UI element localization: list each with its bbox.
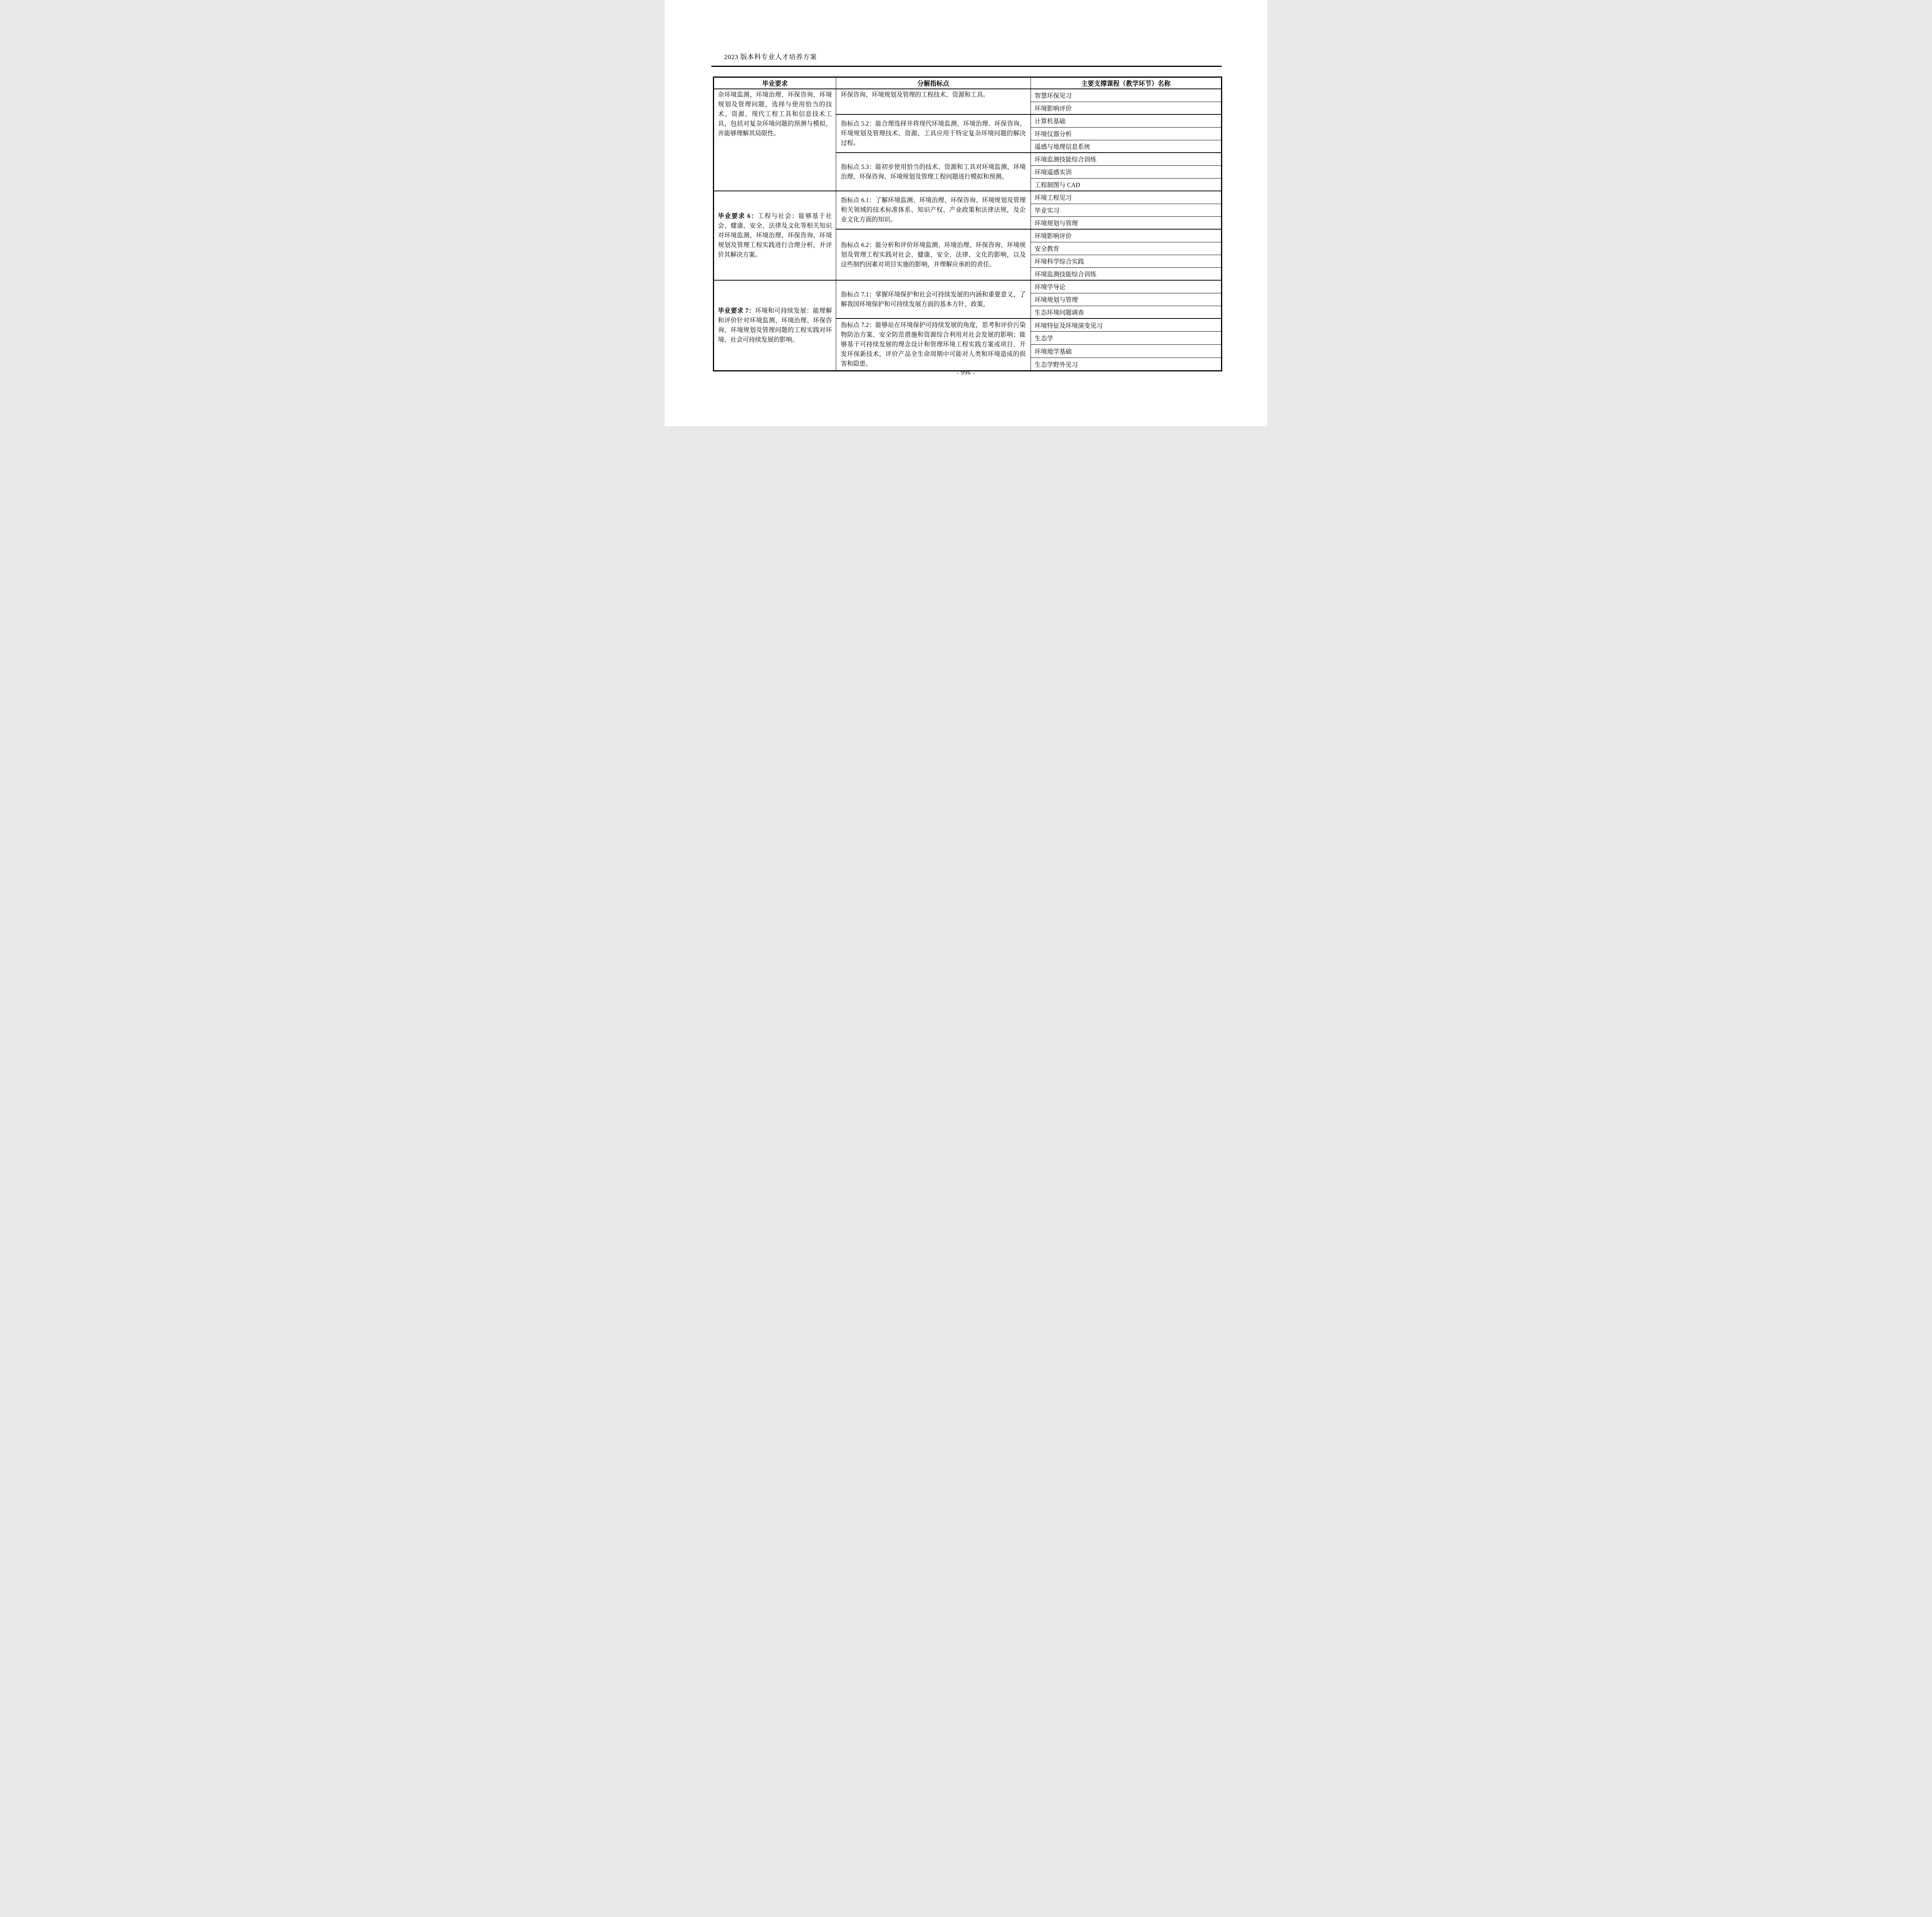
course-cell: 环境地学基础 (1031, 345, 1221, 358)
indicator-cell: 环保咨询、环境规划及管理的工程技术、资源和工具。 (836, 89, 1031, 114)
course-cell: 遥感与地理信息系统 (1031, 140, 1221, 153)
indicator-text: 指标点 7.2：能够站在环境保护可持续发展的角度，思考和评价污染物防治方案、安全… (841, 320, 1026, 369)
indicator-text: 指标点 6.1：了解环境监测、环境治理、环保咨询、环境规划及管理相关领域的技术标… (841, 196, 1026, 225)
indicator-cell: 指标点 5.2：能合理选择并将现代环境监测、环境治理、环保咨询、环境规划及管理技… (836, 114, 1031, 153)
course-cell: 环境规划与管理 (1031, 293, 1221, 306)
course-cell: 生态学野外见习 (1031, 358, 1221, 371)
indicator-cell: 指标点 6.2：能分析和评价环境监测、环境治理、环保咨询、环境规划及管理工程实践… (836, 229, 1031, 280)
course-cell: 环境规划与管理 (1031, 216, 1221, 229)
course-cell: 环境科学综合实践 (1031, 255, 1221, 267)
course-cell: 生态学 (1031, 332, 1221, 345)
course-cell: 计算机基础 (1031, 114, 1221, 127)
course-cell: 环境遥感实训 (1031, 165, 1221, 178)
requirements-table: 毕业要求 分解指标点 主要支撑课程（教学环节）名称 杂环境监测、环境治理、环保咨… (713, 77, 1222, 371)
table-header-row: 毕业要求 分解指标点 主要支撑课程（教学环节）名称 (714, 77, 1222, 89)
page-number: - 996 - (665, 369, 1267, 376)
course-cell: 环境监测技能综合训练 (1031, 267, 1221, 280)
requirement-cell: 毕业要求 6：工程与社会：能够基于社会、健康、安全、法律及文化等相关知识对环境监… (714, 191, 836, 280)
course-cell: 环境特征及环境演变见习 (1031, 318, 1221, 332)
page-title: 2023 版本科专业人才培养方案 (724, 52, 817, 61)
requirement-text: 工程与社会：能够基于社会、健康、安全、法律及文化等相关知识对环境监测、环境治理、… (718, 213, 832, 258)
column-header-courses: 主要支撑课程（教学环节）名称 (1031, 77, 1221, 89)
column-header-requirement: 毕业要求 (714, 77, 836, 89)
indicator-text: 环保咨询、环境规划及管理的工程技术、资源和工具。 (841, 90, 1026, 100)
indicator-cell: 指标点 6.1：了解环境监测、环境治理、环保咨询、环境规划及管理相关领域的技术标… (836, 191, 1031, 229)
indicator-text: 指标点 5.2：能合理选择并将现代环境监测、环境治理、环保咨询、环境规划及管理技… (841, 119, 1026, 148)
column-header-indicator: 分解指标点 (836, 77, 1031, 89)
course-cell: 环境影响评价 (1031, 229, 1221, 242)
requirement-label: 毕业要求 6： (718, 213, 758, 220)
course-cell: 环境影响评价 (1031, 102, 1221, 114)
requirement-text: 杂环境监测、环境治理、环保咨询、环境规划及管理问题，选择与使用恰当的技术、资源、… (718, 92, 832, 137)
course-cell: 环境仪器分析 (1031, 127, 1221, 140)
indicator-text: 指标点 6.2：能分析和评价环境监测、环境治理、环保咨询、环境规划及管理工程实践… (841, 240, 1026, 269)
course-cell: 环境学导论 (1031, 280, 1221, 293)
indicator-cell: 指标点 7.2：能够站在环境保护可持续发展的角度，思考和评价污染物防治方案、安全… (836, 318, 1031, 371)
indicator-text: 指标点 5.3：能初步使用恰当的技术、资源和工具对环境监测、环境治理、环保咨询、… (841, 162, 1026, 182)
indicator-text: 指标点 7.1：掌握环境保护和社会可持续发展的内涵和重要意义，了解我国环境保护和… (841, 290, 1026, 309)
document-page: 2023 版本科专业人才培养方案 毕业要求 分解指标点 主要支撑课程（教学环节）… (665, 0, 1267, 426)
course-cell: 工程制图与 CAD (1031, 178, 1221, 191)
course-cell: 生态环境问题调查 (1031, 306, 1221, 318)
course-cell: 毕业实习 (1031, 204, 1221, 216)
table-row: 毕业要求 6：工程与社会：能够基于社会、健康、安全、法律及文化等相关知识对环境监… (714, 191, 1222, 204)
course-cell: 安全教育 (1031, 242, 1221, 255)
requirement-cell: 杂环境监测、环境治理、环保咨询、环境规划及管理问题，选择与使用恰当的技术、资源、… (714, 89, 836, 191)
table-row: 杂环境监测、环境治理、环保咨询、环境规划及管理问题，选择与使用恰当的技术、资源、… (714, 89, 1222, 102)
course-cell: 智慧环保见习 (1031, 89, 1221, 102)
requirement-cell: 毕业要求 7：环境和可持续发展：能理解和评价针对环境监测、环境治理、环保咨询、环… (714, 280, 836, 371)
indicator-cell: 指标点 7.1：掌握环境保护和社会可持续发展的内涵和重要意义，了解我国环境保护和… (836, 280, 1031, 318)
header-divider (711, 66, 1222, 67)
requirement-label: 毕业要求 7： (718, 308, 755, 314)
course-cell: 环境监测技能综合训练 (1031, 153, 1221, 165)
course-cell: 环境工程见习 (1031, 191, 1221, 204)
indicator-cell: 指标点 5.3：能初步使用恰当的技术、资源和工具对环境监测、环境治理、环保咨询、… (836, 153, 1031, 191)
table-row: 毕业要求 7：环境和可持续发展：能理解和评价针对环境监测、环境治理、环保咨询、环… (714, 280, 1222, 293)
